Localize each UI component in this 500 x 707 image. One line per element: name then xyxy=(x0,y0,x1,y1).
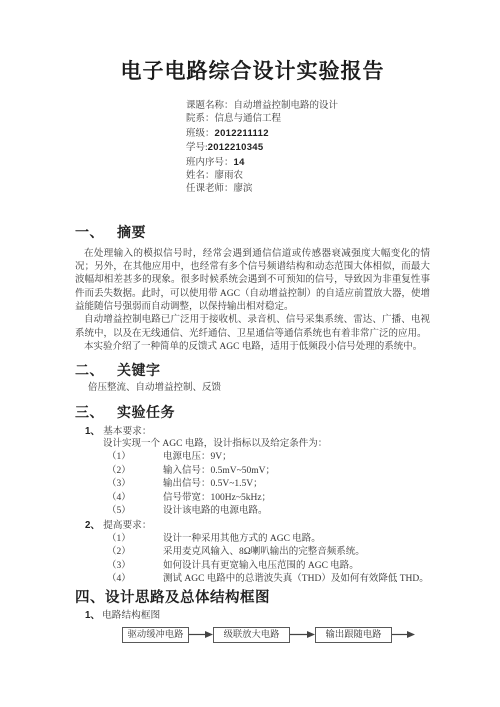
section-number: 三、 xyxy=(75,404,104,420)
info-label: 班内序号： xyxy=(186,158,234,168)
group-title: 提高要求： xyxy=(103,520,151,531)
task-item: （3）如何设计具有更宽输入电压范围的 AGC 电路。 xyxy=(107,560,430,573)
design-subheading: 1、电路结构框图 xyxy=(85,609,430,622)
task-item: （4）测试 AGC 电路中的总谐波失真（THD）及如何有效降低 THD。 xyxy=(107,573,430,586)
info-value: 廖雨农 xyxy=(215,171,244,181)
task-item: （1）设计一种采用其他方式的 AGC 电路。 xyxy=(107,533,430,546)
section-title: 摘要 xyxy=(117,224,146,240)
task-item: （3）输出信号：0.5V~1.5V； xyxy=(107,478,430,491)
item-text: 信号带宽：100Hz~5kHz； xyxy=(163,492,271,505)
task-group-basic-label: 1、基本要求： xyxy=(85,425,430,438)
item-number: （2） xyxy=(107,546,137,559)
info-value: 自动增益控制电路的设计 xyxy=(234,101,339,111)
info-label: 学号: xyxy=(186,143,208,153)
info-line-teacher: 任课老师：廖滨 xyxy=(186,183,430,196)
section-heading-keywords: 二、关键字 xyxy=(75,362,430,379)
task-group-advanced-label: 2、提高要求： xyxy=(85,519,430,532)
right-arrow-icon xyxy=(189,630,213,639)
section-title: 关键字 xyxy=(117,362,161,378)
diagram-block-driver-buffer: 驱动缓冲电路 xyxy=(122,627,189,643)
item-text: 输出信号：0.5V~1.5V； xyxy=(163,478,263,491)
info-value: 信息与通信工程 xyxy=(215,114,282,124)
info-label: 院系： xyxy=(186,114,215,124)
abstract-paragraph: 本实验介绍了一种简单的反馈式 AGC 电路，适用于低频段小信号处理的系统中。 xyxy=(75,341,430,354)
task-item: （1）电源电压：9V； xyxy=(107,451,430,464)
item-text: 设计该电路的电源电路。 xyxy=(163,505,268,518)
section-number: 二、 xyxy=(75,362,104,378)
section-heading-abstract: 一、摘要 xyxy=(75,224,430,241)
abstract-paragraph: 自动增益控制电路已广泛用于接收机、录音机、信号采集系统、雷达、广播、电视系统中，… xyxy=(75,314,430,341)
item-number: （4） xyxy=(107,492,137,505)
diagram-block-output-follower: 输出跟随电路 xyxy=(315,627,392,643)
section-number: 一、 xyxy=(75,224,104,240)
group-number: 1、 xyxy=(85,426,100,437)
section-heading-tasks: 三、实验任务 xyxy=(75,404,430,421)
item-number: （5） xyxy=(107,505,137,518)
info-line-class: 班级：2012211112 xyxy=(186,127,430,141)
section-heading-design: 四、设计思路及总体结构框图 xyxy=(75,590,430,607)
info-value: 2012211112 xyxy=(215,128,269,139)
item-text: 如何设计具有更宽输入电压范围的 AGC 电路。 xyxy=(163,560,359,573)
info-value: 14 xyxy=(234,157,245,168)
info-value: 廖滨 xyxy=(234,184,253,194)
section-title: 实验任务 xyxy=(117,404,175,420)
info-label: 班级： xyxy=(186,129,215,139)
task-item: （5）设计该电路的电源电路。 xyxy=(107,505,430,518)
task-group-basic-intro: 设计实现一个 AGC 电路，设计指标以及给定条件为： xyxy=(103,438,430,451)
abstract-paragraph: 在处理输入的模拟信号时，经常会遇到通信信道或传感器衰减强度大幅变化的情况；另外，… xyxy=(75,248,430,314)
keywords-text: 倍压整流、自动增益控制、反馈 xyxy=(88,382,430,395)
item-number: （1） xyxy=(107,533,137,546)
item-text: 采用麦克风输入、8Ω喇叭输出的完整音频系统。 xyxy=(163,546,365,559)
right-arrow-icon xyxy=(290,630,315,639)
item-text: 电源电压：9V； xyxy=(163,451,232,464)
document-page: 电子电路综合设计实验报告 课题名称：自动增益控制电路的设计 院系：信息与通信工程… xyxy=(0,0,500,707)
diagram-block-cascade-amplifier: 级联放大电路 xyxy=(213,627,290,643)
item-number: （1） xyxy=(107,451,137,464)
right-arrow-icon xyxy=(392,630,415,639)
subheading-title: 电路结构框图 xyxy=(102,610,160,621)
task-item: （2）采用麦克风输入、8Ω喇叭输出的完整音频系统。 xyxy=(107,546,430,559)
group-title: 基本要求： xyxy=(103,426,151,437)
abstract-body: 在处理输入的模拟信号时，经常会遇到通信信道或传感器衰减强度大幅变化的情况；另外，… xyxy=(75,248,430,354)
info-line-department: 院系：信息与通信工程 xyxy=(186,113,430,126)
circuit-block-diagram: 驱动缓冲电路 级联放大电路 输出跟随电路 xyxy=(122,627,430,643)
group-number: 2、 xyxy=(85,520,100,531)
info-label: 姓名： xyxy=(186,171,215,181)
info-label: 任课老师： xyxy=(186,184,234,194)
info-line-class-no: 班内序号：14 xyxy=(186,156,430,170)
task-item: （4）信号带宽：100Hz~5kHz； xyxy=(107,492,430,505)
item-text: 输入信号：0.5mV~50mV； xyxy=(163,465,275,478)
info-label: 课题名称： xyxy=(186,101,234,111)
item-number: （2） xyxy=(107,465,137,478)
subheading-number: 1、 xyxy=(85,610,100,621)
task-item: （2）输入信号：0.5mV~50mV； xyxy=(107,465,430,478)
item-text: 设计一种采用其他方式的 AGC 电路。 xyxy=(163,533,321,546)
info-line-student-id: 学号:2012210345 xyxy=(186,141,430,155)
item-text: 测试 AGC 电路中的总谐波失真（THD）及如何有效降低 THD。 xyxy=(163,573,429,586)
info-line-name: 姓名：廖雨农 xyxy=(186,170,430,183)
report-info-block: 课题名称：自动增益控制电路的设计 院系：信息与通信工程 班级：201221111… xyxy=(186,100,430,197)
info-line-topic: 课题名称：自动增益控制电路的设计 xyxy=(186,100,430,113)
report-title: 电子电路综合设计实验报告 xyxy=(75,58,430,84)
item-number: （3） xyxy=(107,560,137,573)
item-number: （4） xyxy=(107,573,137,586)
info-value: 2012210345 xyxy=(208,142,264,153)
item-number: （3） xyxy=(107,478,137,491)
